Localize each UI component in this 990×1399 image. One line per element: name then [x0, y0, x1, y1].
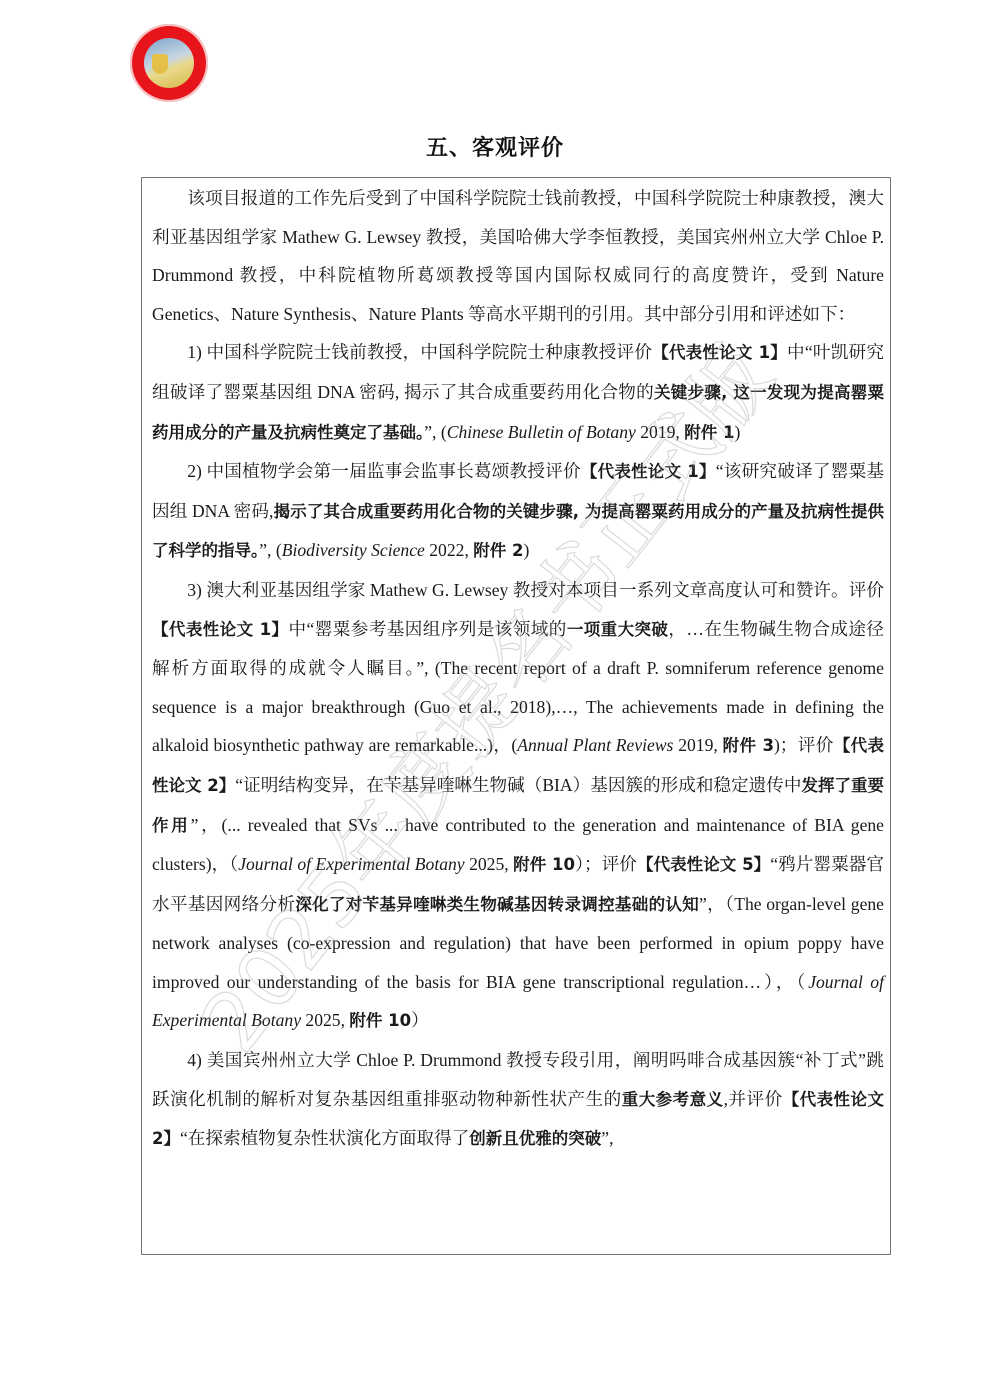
- bold-text: 附件 10: [513, 855, 575, 874]
- bold-text: 【代表性论文 1】: [152, 620, 288, 639]
- text-segment: ”,: [601, 1128, 613, 1148]
- seal-logo: [130, 24, 208, 102]
- bold-text: 创新且优雅的突破: [469, 1129, 601, 1148]
- bold-text: 深化了对苄基异喹啉类生物碱基因转录调控基础的认知: [295, 895, 699, 914]
- text-segment: ): [523, 540, 529, 560]
- text-segment: ”, (: [424, 422, 446, 442]
- bold-text: 一项重大突破: [567, 620, 669, 639]
- text-segment: 2025,: [301, 1010, 349, 1030]
- text-segment: )；评价: [774, 735, 834, 755]
- text-segment: ): [734, 422, 740, 442]
- citation-item: 2) 中国植物学会第一届监事会监事长葛颂教授评价【代表性论文 1】“该研究破译了…: [152, 452, 884, 571]
- text-segment: 2) 中国植物学会第一届监事会监事长葛颂教授评价: [187, 461, 581, 481]
- bold-text: 附件 2: [473, 541, 523, 560]
- journal-name: Biodiversity Science: [282, 540, 425, 560]
- text-segment: 2025,: [465, 854, 514, 874]
- text-segment: 3) 澳大利亚基因组学家 Mathew G. Lewsey 教授对本项目一系列文…: [187, 580, 884, 600]
- citation-item: 4) 美国宾州州立大学 Chloe P. Drummond 教授专段引用，阐明吗…: [152, 1041, 884, 1159]
- evaluation-content: 该项目报道的工作先后受到了中国科学院院士钱前教授，中国科学院院士种康教授，澳大利…: [152, 179, 884, 1159]
- text-segment: 2019,: [636, 422, 684, 442]
- bold-text: 重大参考意义: [622, 1090, 724, 1109]
- text-segment: ）；评价: [575, 854, 637, 874]
- intro-paragraph: 该项目报道的工作先后受到了中国科学院院士钱前教授，中国科学院院士种康教授，澳大利…: [152, 179, 884, 333]
- text-segment: “证明结构变异，在苄基异喹啉生物碱（BIA）基因簇的形成和稳定遗传中: [235, 775, 801, 795]
- text-segment: 2019,: [673, 735, 722, 755]
- bold-text: 附件 10: [349, 1011, 411, 1030]
- trophy-icon: [152, 54, 168, 74]
- text-segment: 1) 中国科学院院士钱前教授，中国科学院院士种康教授评价: [187, 342, 652, 362]
- bold-text: 【代表性论文 1】: [652, 343, 787, 362]
- journal-name: Chinese Bulletin of Botany: [447, 422, 636, 442]
- journal-name: Annual Plant Reviews: [517, 735, 673, 755]
- bold-text: 附件 3: [723, 736, 774, 755]
- journal-name: Journal of Experimental Botany: [238, 854, 464, 874]
- bold-text: 附件 1: [684, 423, 734, 442]
- text-segment: ,并评价: [724, 1089, 783, 1109]
- text-segment: 中“罂粟参考基因组序列是该领域的: [288, 619, 566, 639]
- citation-item: 1) 中国科学院院士钱前教授，中国科学院院士种康教授评价【代表性论文 1】中“叶…: [152, 333, 884, 452]
- text-segment: 2022,: [425, 540, 473, 560]
- text-segment: ”, (: [259, 540, 281, 560]
- bold-text: 【代表性论文 1】: [581, 462, 716, 481]
- citation-item: 3) 澳大利亚基因组学家 Mathew G. Lewsey 教授对本项目一系列文…: [152, 571, 884, 1041]
- text-segment: “在探索植物复杂性状演化方面取得了: [180, 1128, 469, 1148]
- bold-text: 【代表性论文 5】: [637, 855, 770, 874]
- section-title: 五、客观评价: [0, 131, 990, 162]
- text-segment: ）: [411, 1010, 429, 1030]
